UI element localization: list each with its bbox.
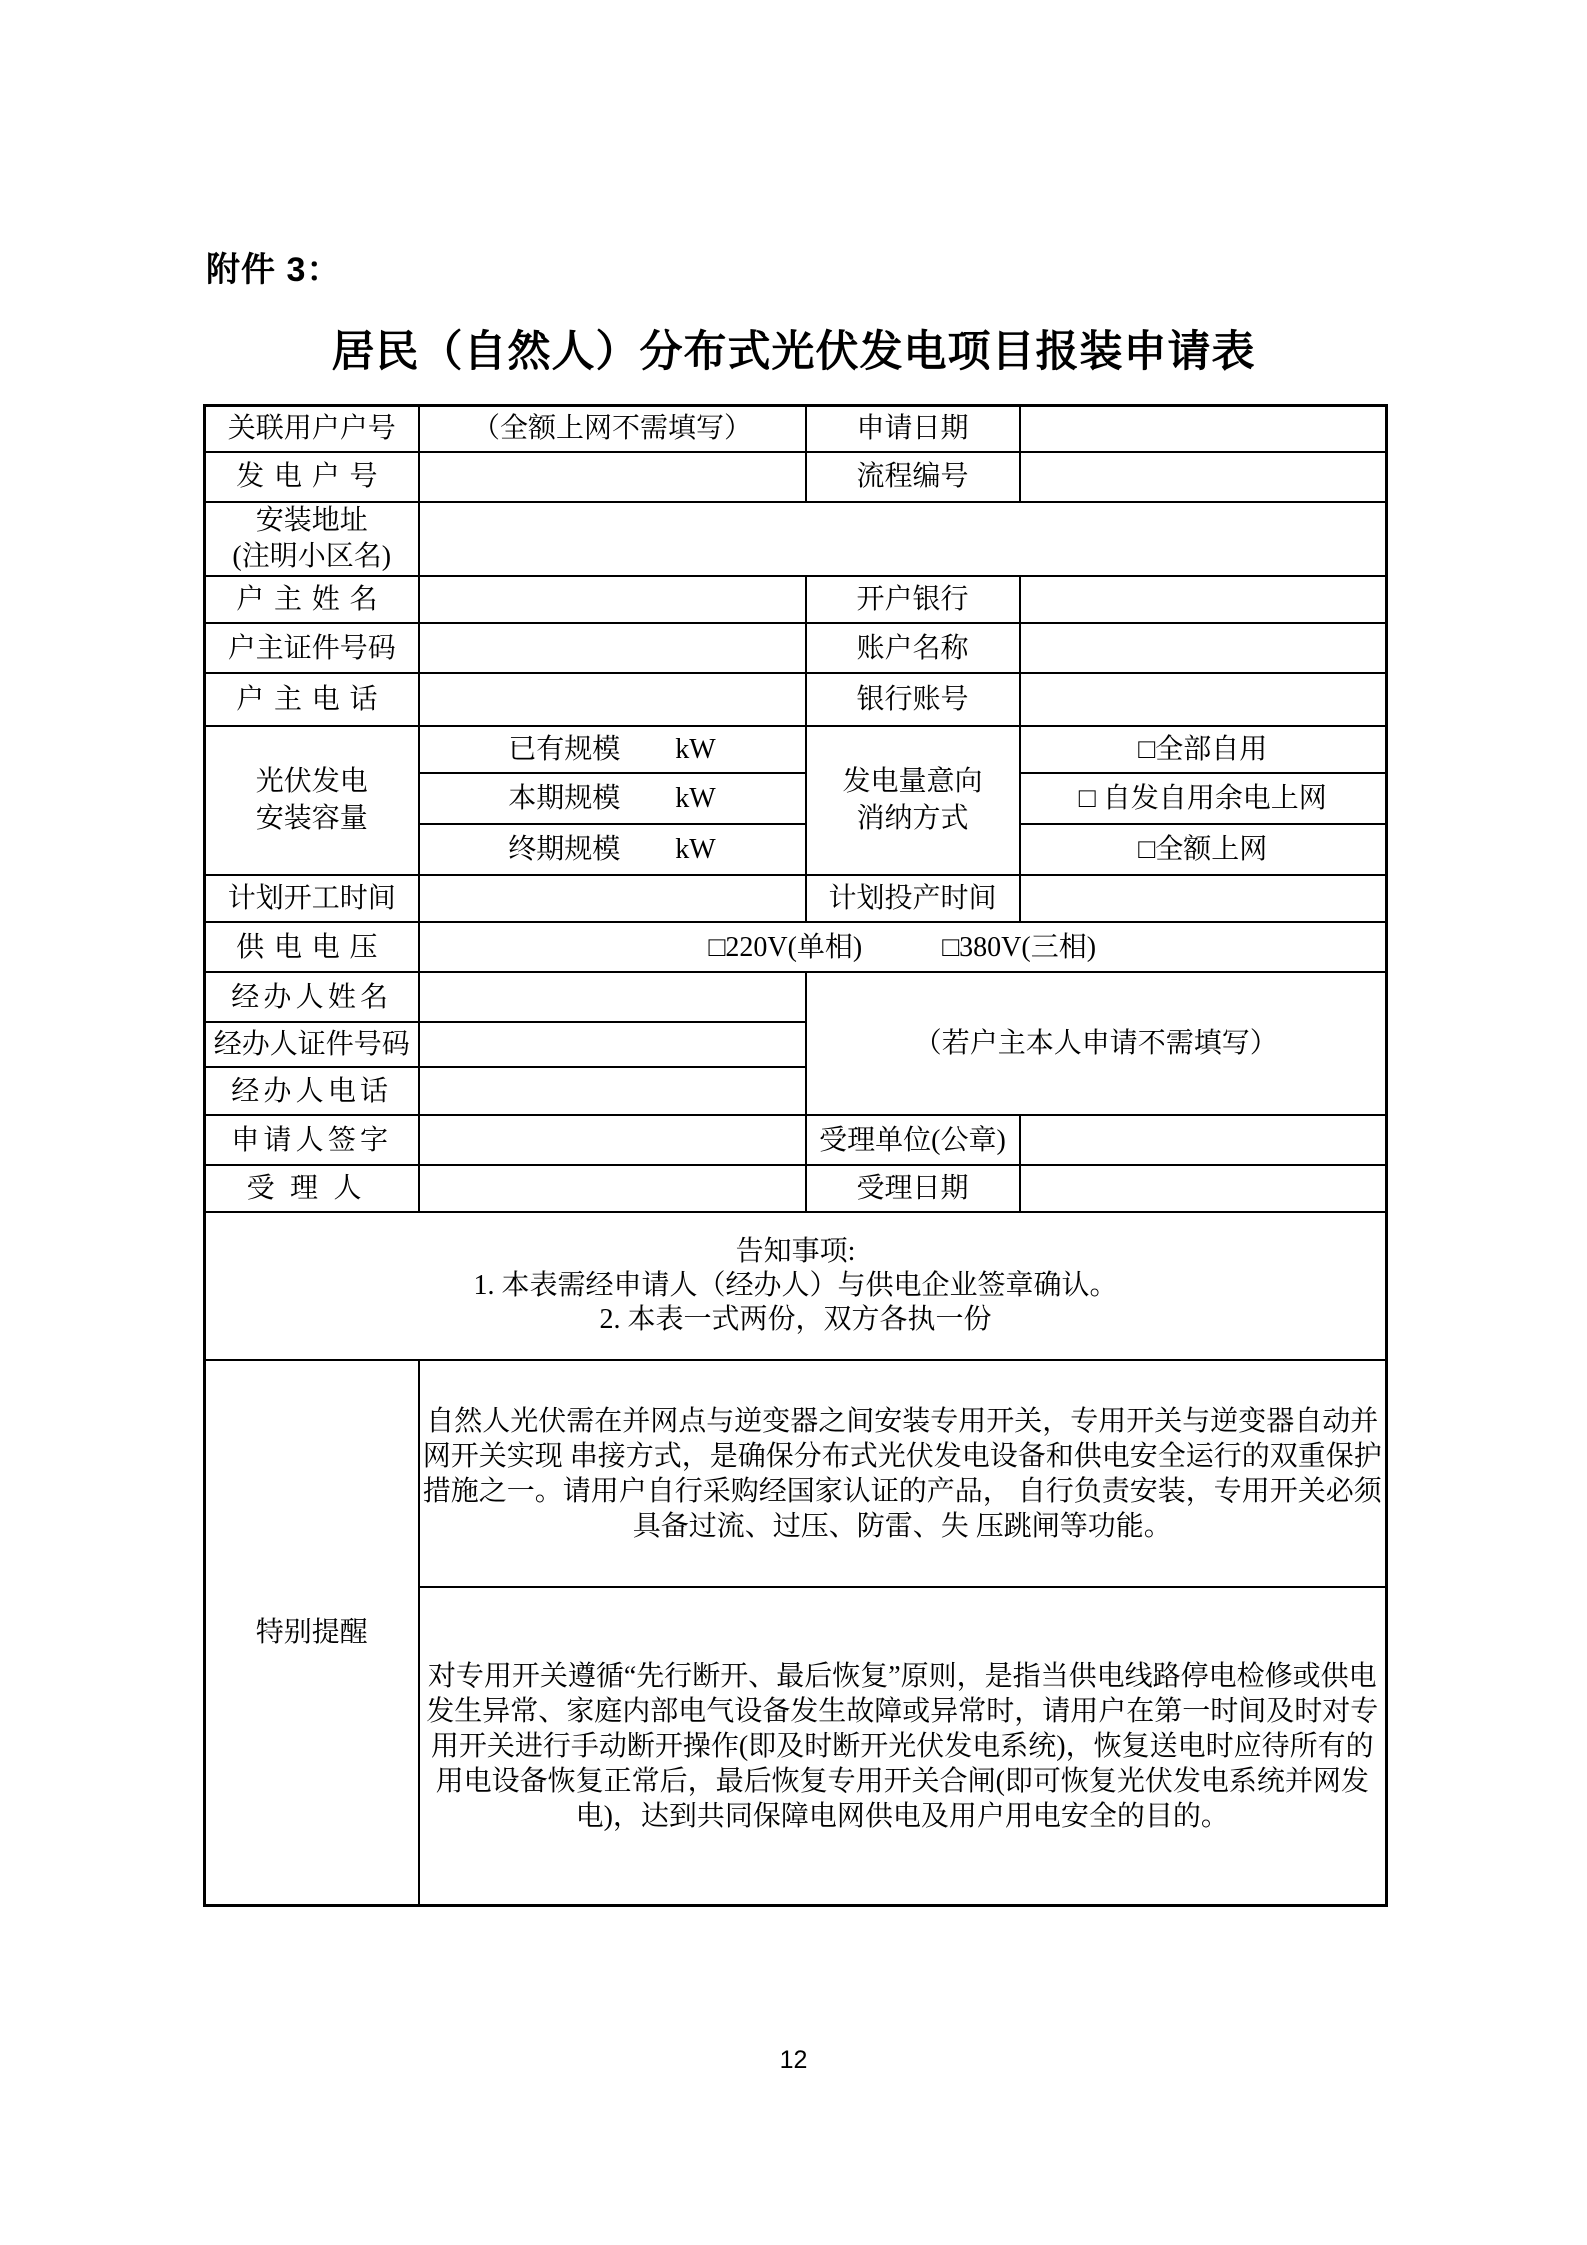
bank-account-label: 银行账号 xyxy=(806,673,1020,726)
row-owner-id: 户主证件号码 账户名称 xyxy=(205,623,1387,673)
owner-name-label: 户主姓名 xyxy=(205,576,419,623)
row-applicant-sign: 申请人签字 受理单位(公章) xyxy=(205,1115,1387,1165)
pv-capacity-label: 光伏发电 安装容量 xyxy=(205,726,419,875)
acceptor-label: 受理人 xyxy=(205,1165,419,1212)
pv-capacity-label-line1: 光伏发电 xyxy=(206,764,418,800)
owner-name-value-cell xyxy=(419,576,806,623)
accept-date-value-cell xyxy=(1020,1165,1387,1212)
page-number: 12 xyxy=(0,2046,1587,2075)
special-reminder-label: 特别提醒 xyxy=(205,1360,419,1905)
plan-start-time-value-cell xyxy=(419,875,806,922)
capacity-current-cell: 本期规模 kW xyxy=(419,773,806,824)
application-form-table: 关联用户户号 （全额上网不需填写） 申请日期 发电户号 流程编号 安装地址 (注… xyxy=(203,404,1388,1907)
flow-no-value-cell xyxy=(1020,452,1387,502)
agent-phone-value-cell xyxy=(419,1067,806,1115)
notice-item-2: 2. 本表一式两份，双方各执一份 xyxy=(206,1303,1385,1337)
accepting-unit-seal-value-cell xyxy=(1020,1115,1387,1165)
agent-note: （若户主本人申请不需填写） xyxy=(806,972,1387,1115)
install-address-value-cell xyxy=(419,502,1387,577)
row-acceptor: 受理人 受理日期 xyxy=(205,1165,1387,1212)
row-plan-times: 计划开工时间 计划投产时间 xyxy=(205,875,1387,922)
consumption-mode-label: 发电量意向 消纳方式 xyxy=(806,726,1020,875)
page-title: 居民（自然人）分布式光伏发电项目报装申请表 xyxy=(0,318,1587,379)
document-page: 附件 3： 居民（自然人）分布式光伏发电项目报装申请表 关联用户户号 （全额上网… xyxy=(0,0,1587,2245)
agent-phone-label: 经办人电话 xyxy=(205,1067,419,1115)
agent-id-value-cell xyxy=(419,1022,806,1067)
agent-name-label: 经办人姓名 xyxy=(205,972,419,1022)
capacity-existing-unit: kW xyxy=(675,732,715,767)
applicant-signature-label: 申请人签字 xyxy=(205,1115,419,1165)
agent-name-value-cell xyxy=(419,972,806,1022)
notice-title: 告知事项: xyxy=(206,1235,1385,1269)
accepting-unit-seal-label: 受理单位(公章) xyxy=(806,1115,1020,1165)
bank-account-value-cell xyxy=(1020,673,1387,726)
gen-user-no-label: 发电户号 xyxy=(205,452,419,502)
capacity-current-label: 本期规模 xyxy=(508,781,620,816)
capacity-final-label: 终期规模 xyxy=(508,832,620,867)
capacity-final-cell: 终期规模 kW xyxy=(419,824,806,875)
plan-production-time-label: 计划投产时间 xyxy=(806,875,1020,922)
owner-phone-label: 户主电话 xyxy=(205,673,419,726)
plan-production-time-value-cell xyxy=(1020,875,1387,922)
install-address-label-line2: (注明小区名) xyxy=(206,539,418,575)
attachment-label: 附件 3： xyxy=(206,242,341,291)
voltage-option-380v-three-phase: □380V(三相) xyxy=(942,930,1096,965)
row-gen-user: 发电户号 流程编号 xyxy=(205,452,1387,502)
row-owner-phone: 户主电话 银行账号 xyxy=(205,673,1387,726)
supply-voltage-label: 供电电压 xyxy=(205,922,419,972)
pv-capacity-label-line2: 安装容量 xyxy=(206,801,418,837)
account-name-label: 账户名称 xyxy=(806,623,1020,673)
consumption-mode-label-line2: 消纳方式 xyxy=(807,801,1019,837)
special-reminder-paragraph-2: 对专用开关遵循“先行断开、最后恢复”原则，是指当供电线路停电检修或供电发生异常、… xyxy=(419,1587,1387,1905)
row-linked-user: 关联用户户号 （全额上网不需填写） 申请日期 xyxy=(205,406,1387,452)
capacity-existing-label: 已有规模 xyxy=(508,732,620,767)
consumption-option-full-grid: □全额上网 xyxy=(1020,824,1387,875)
capacity-existing-cell: 已有规模 kW xyxy=(419,726,806,773)
notice-item-1: 1. 本表需经申请人（经办人）与供电企业签章确认。 xyxy=(206,1269,1385,1303)
owner-id-label: 户主证件号码 xyxy=(205,623,419,673)
consumption-mode-label-line1: 发电量意向 xyxy=(807,764,1019,800)
special-reminder-paragraph-1: 自然人光伏需在并网点与逆变器之间安装专用开关，专用开关与逆变器自动并网开关实现 … xyxy=(419,1360,1387,1587)
row-notice: 告知事项: 1. 本表需经申请人（经办人）与供电企业签章确认。 2. 本表一式两… xyxy=(205,1212,1387,1360)
bank-label: 开户银行 xyxy=(806,576,1020,623)
bank-value-cell xyxy=(1020,576,1387,623)
linked-user-no-label: 关联用户户号 xyxy=(205,406,419,452)
row-agent-name: 经办人姓名 （若户主本人申请不需填写） xyxy=(205,972,1387,1022)
applicant-signature-value-cell xyxy=(419,1115,806,1165)
acceptor-value-cell xyxy=(419,1165,806,1212)
voltage-option-220v-single-phase: □220V(单相) xyxy=(708,930,862,965)
owner-phone-value-cell xyxy=(419,673,806,726)
row-owner-name: 户主姓名 开户银行 xyxy=(205,576,1387,623)
row-capacity-existing: 光伏发电 安装容量 已有规模 kW 发电量意向 消纳方式 □全部自用 xyxy=(205,726,1387,773)
consumption-option-self-use-surplus-grid: □ 自发自用余电上网 xyxy=(1020,773,1387,824)
apply-date-label: 申请日期 xyxy=(806,406,1020,452)
accept-date-label: 受理日期 xyxy=(806,1165,1020,1212)
install-address-label-line1: 安装地址 xyxy=(206,503,418,539)
plan-start-time-label: 计划开工时间 xyxy=(205,875,419,922)
owner-id-value-cell xyxy=(419,623,806,673)
linked-user-no-value: （全额上网不需填写） xyxy=(419,406,806,452)
row-reminder-1: 特别提醒 自然人光伏需在并网点与逆变器之间安装专用开关，专用开关与逆变器自动并网… xyxy=(205,1360,1387,1587)
agent-id-label: 经办人证件号码 xyxy=(205,1022,419,1067)
install-address-label: 安装地址 (注明小区名) xyxy=(205,502,419,577)
supply-voltage-options-cell: □220V(单相) □380V(三相) xyxy=(419,922,1387,972)
account-name-value-cell xyxy=(1020,623,1387,673)
gen-user-no-value-cell xyxy=(419,452,806,502)
flow-no-label: 流程编号 xyxy=(806,452,1020,502)
capacity-final-unit: kW xyxy=(675,832,715,867)
capacity-current-unit: kW xyxy=(675,781,715,816)
consumption-option-full-self-use: □全部自用 xyxy=(1020,726,1387,773)
apply-date-value-cell xyxy=(1020,406,1387,452)
row-address: 安装地址 (注明小区名) xyxy=(205,502,1387,577)
notice-section: 告知事项: 1. 本表需经申请人（经办人）与供电企业签章确认。 2. 本表一式两… xyxy=(205,1212,1387,1360)
row-voltage: 供电电压 □220V(单相) □380V(三相) xyxy=(205,922,1387,972)
